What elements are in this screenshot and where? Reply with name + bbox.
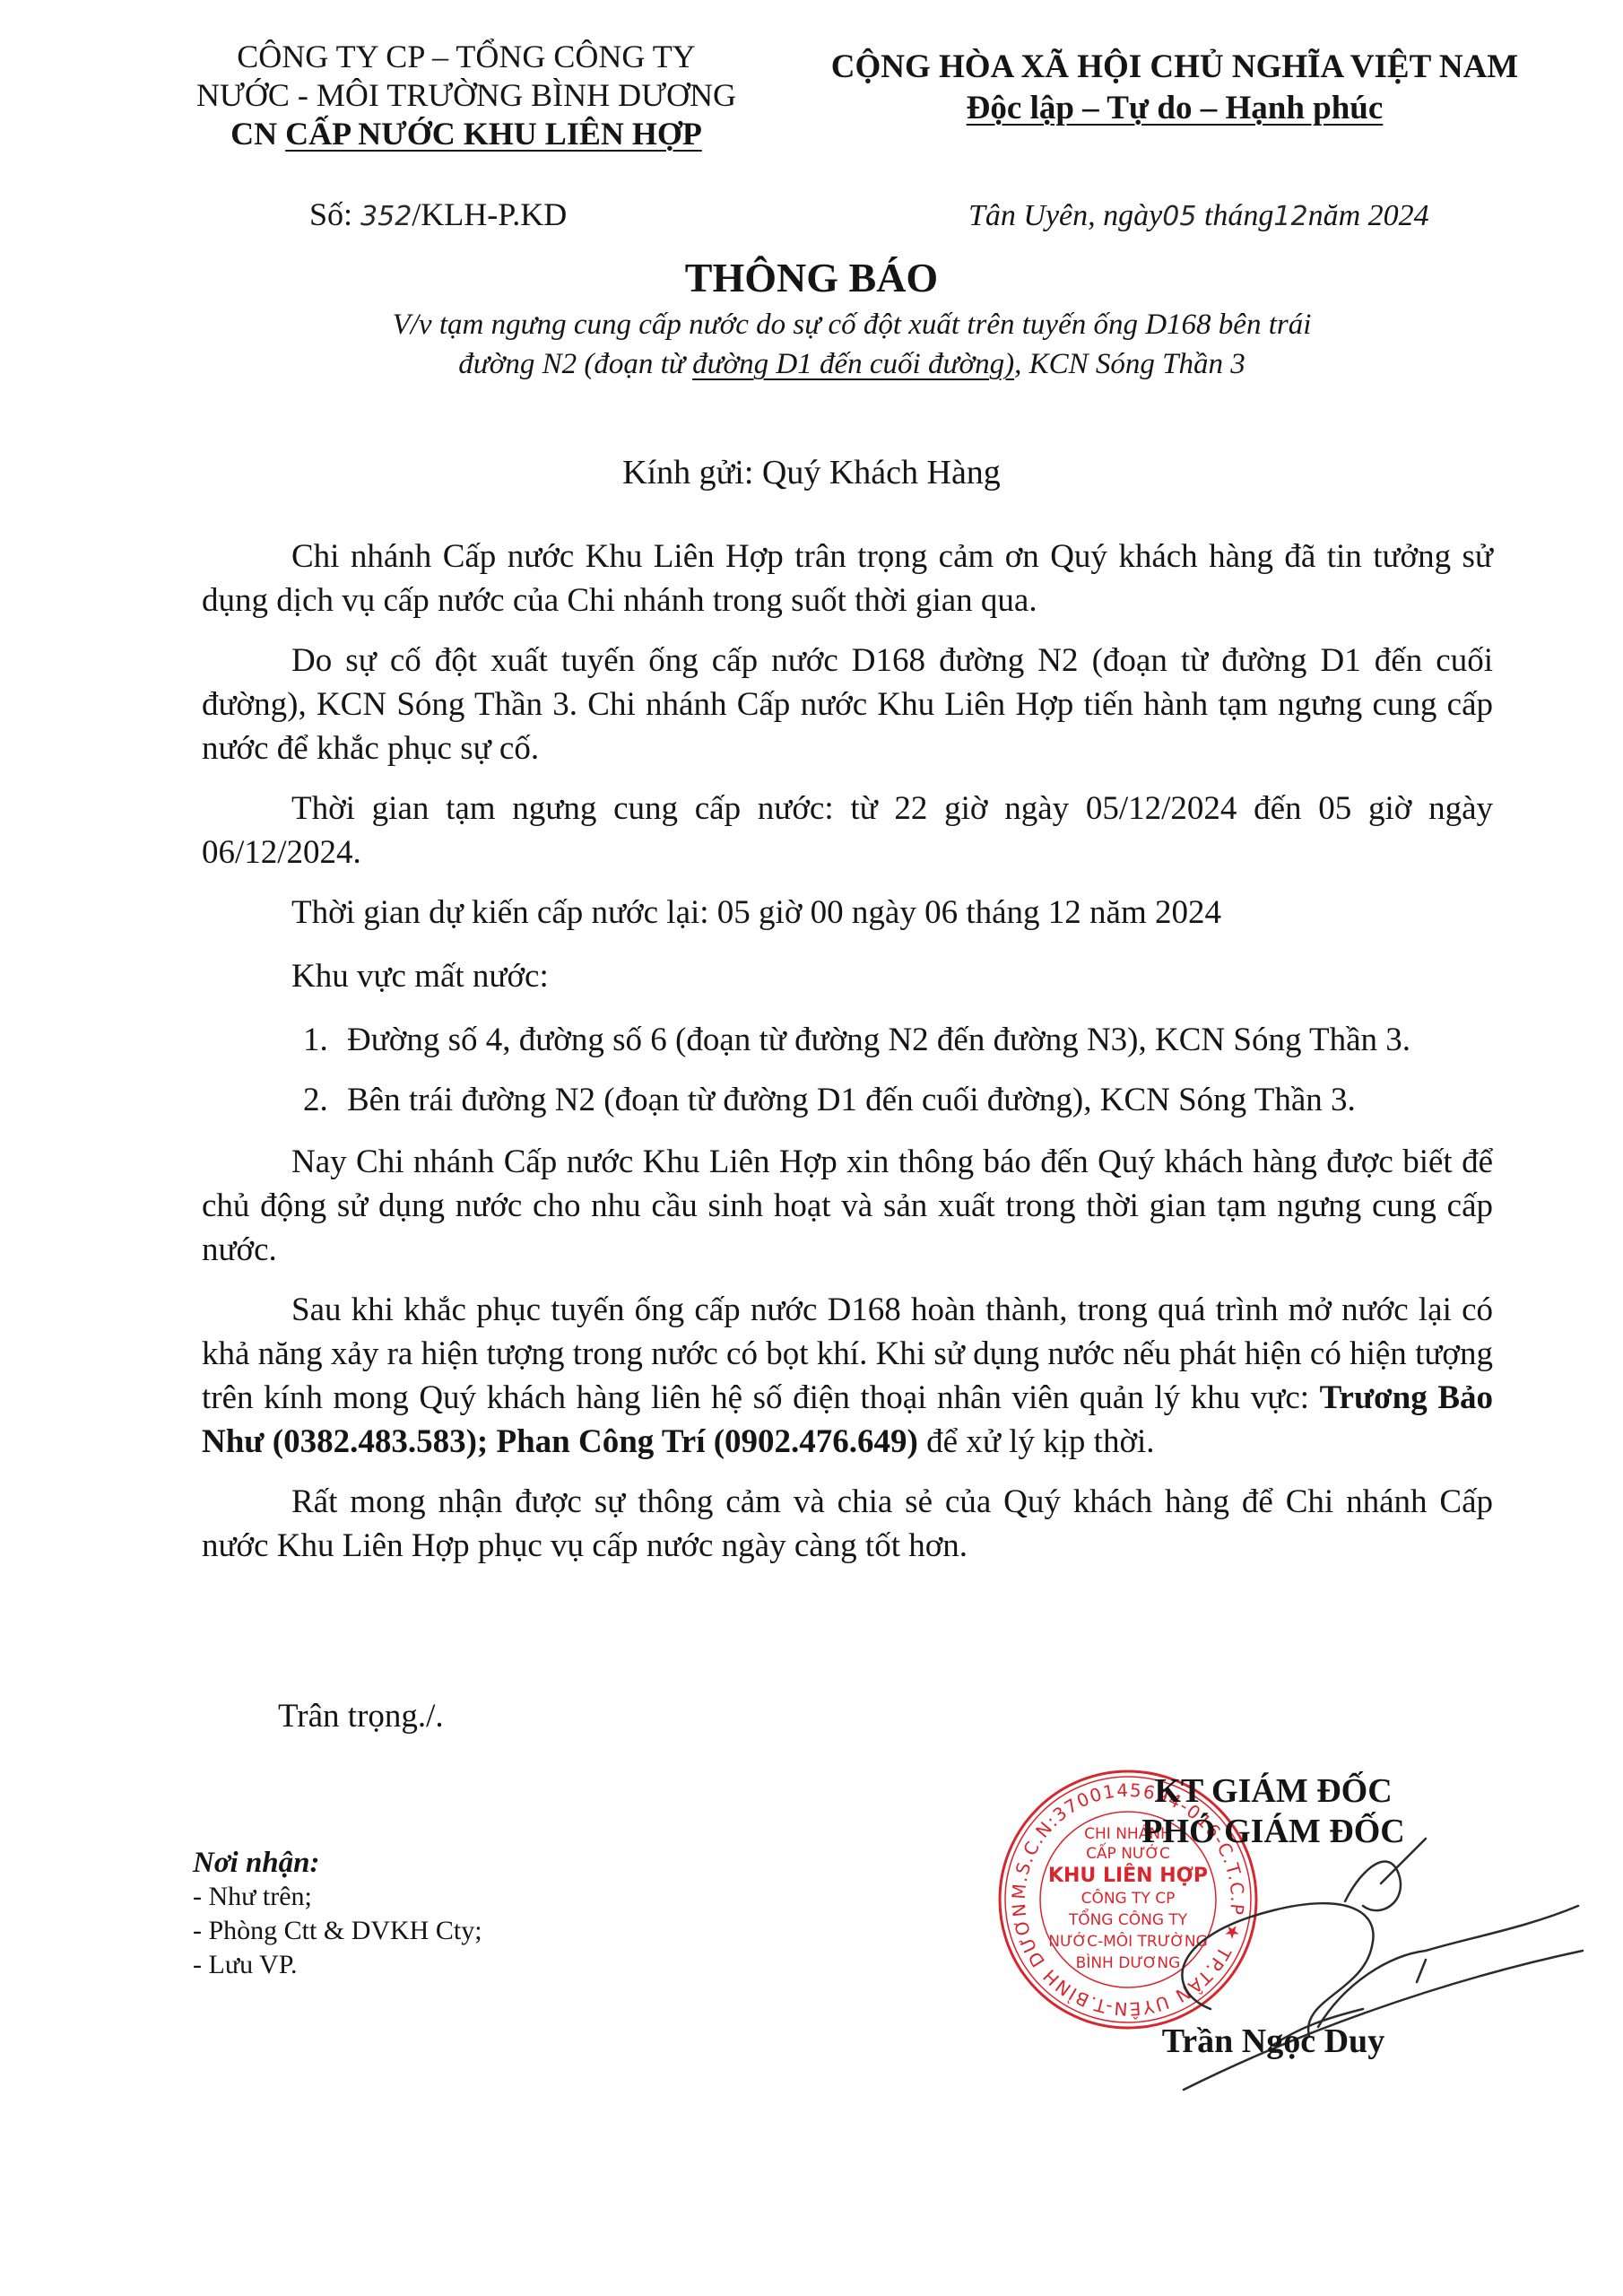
paragraph-appreciation: Rất mong nhận được sự thông cảm và chia …: [202, 1480, 1493, 1568]
national-header: CỘNG HÒA XÃ HỘI CHỦ NGHĨA VIỆT NAM Độc l…: [807, 47, 1542, 129]
date-place: Tân Uyên, ngày: [968, 199, 1162, 232]
contacts-text: Sau khi khắc phục tuyến ống cấp nước D16…: [202, 1291, 1493, 1416]
national-motto: Độc lập – Tự do – Hạnh phúc: [807, 88, 1542, 129]
contacts-text-end: để xử lý kịp thời.: [918, 1423, 1155, 1460]
national-title: CỘNG HÒA XÃ HỘI CHỦ NGHĨA VIỆT NAM: [807, 47, 1542, 88]
date-month-label: tháng: [1196, 199, 1273, 232]
paragraph-areas-label: Khu vực mất nước:: [202, 954, 1493, 998]
document-number-label: Số:: [309, 196, 360, 232]
issuer-header: CÔNG TY CP – TỔNG CÔNG TY NƯỚC - MÔI TRƯ…: [179, 38, 753, 153]
issuer-branch: CN CẤP NƯỚC KHU LIÊN HỢP: [179, 115, 753, 153]
paragraph-restore-time: Thời gian dự kiến cấp nước lại: 05 giờ 0…: [202, 891, 1493, 935]
recipients-label: Nơi nhận:: [193, 1846, 482, 1880]
affected-areas-list: Đường số 4, đường số 6 (đoạn từ đường N2…: [202, 1018, 1493, 1122]
document-title: THÔNG BÁO: [0, 254, 1623, 301]
paragraph-contacts: Sau khi khắc phục tuyến ống cấp nước D16…: [202, 1288, 1493, 1464]
subject-line2: đường N2 (đoạn từ đường D1 đến cuối đườn…: [269, 344, 1435, 384]
subject-line2-a: đường N2 (đoạn từ: [458, 348, 692, 380]
paragraph-notice: Nay Chi nhánh Cấp nước Khu Liên Hợp xin …: [202, 1140, 1493, 1272]
date-year: năm 2024: [1308, 199, 1429, 232]
issuer-parent-line1: CÔNG TY CP – TỔNG CÔNG TY: [179, 38, 753, 76]
document-subject: V/v tạm ngưng cung cấp nước do sự cố đột…: [269, 305, 1435, 384]
document-number: Số: 352/KLH-P.KD: [309, 196, 567, 233]
national-motto-text: Độc lập – Tự do – Hạnh phúc: [967, 90, 1384, 126]
subject-line1: V/v tạm ngưng cung cấp nước do sự cố đột…: [269, 305, 1435, 344]
closing: Trân trọng./.: [278, 1697, 444, 1735]
greeting: Kính gửi: Quý Khách Hàng: [0, 453, 1623, 492]
recipient-item: - Lưu VP.: [193, 1948, 482, 1982]
signer-name: Trần Ngọc Duy: [1040, 2022, 1506, 2061]
issuer-branch-name: CẤP NƯỚC KHU LIÊN HỢP: [285, 116, 702, 152]
date-line: Tân Uyên, ngày05 tháng12năm 2024: [968, 199, 1429, 233]
paragraph-thanks: Chi nhánh Cấp nước Khu Liên Hợp trân trọ…: [202, 535, 1493, 622]
document-number-handwritten: 352: [360, 201, 412, 232]
subject-line2-underlined: đường D1 đến cuối đường): [692, 348, 1014, 380]
paragraph-incident: Do sự cố đột xuất tuyến ống cấp nước D16…: [202, 639, 1493, 770]
subject-line2-b: , KCN Sóng Thần 3: [1014, 348, 1245, 380]
affected-area-item: Đường số 4, đường số 6 (đoạn từ đường N2…: [336, 1018, 1493, 1062]
date-month: 12: [1273, 201, 1307, 232]
recipients: Nơi nhận: - Như trên; - Phòng Ctt & DVKH…: [193, 1846, 482, 1982]
document-body: Chi nhánh Cấp nước Khu Liên Hợp trân trọ…: [202, 535, 1493, 1584]
recipient-item: - Như trên;: [193, 1880, 482, 1914]
date-day: 05: [1162, 201, 1196, 232]
issuer-branch-prefix: CN: [230, 116, 285, 152]
recipient-item: - Phòng Ctt & DVKH Cty;: [193, 1914, 482, 1948]
paragraph-outage-time: Thời gian tạm ngưng cung cấp nước: từ 22…: [202, 787, 1493, 874]
document-number-suffix: /KLH-P.KD: [412, 196, 567, 232]
issuer-parent-line2: NƯỚC - MÔI TRƯỜNG BÌNH DƯƠNG: [179, 76, 753, 115]
affected-area-item: Bên trái đường N2 (đoạn từ đường D1 đến …: [336, 1078, 1493, 1122]
